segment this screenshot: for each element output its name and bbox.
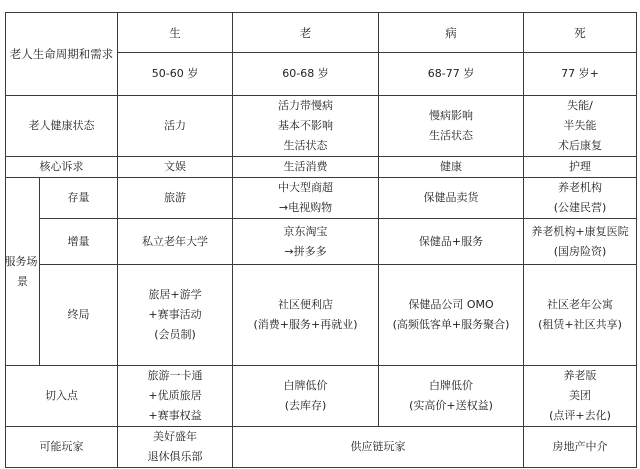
sub-label-stock: 存量 (40, 178, 118, 219)
cell-line: 白牌低价 (381, 376, 521, 396)
players-cell-merged: 供应链玩家 (233, 427, 524, 468)
stock-cell-3: 保健品卖货 (379, 178, 524, 219)
cell-line: 半失能 (526, 116, 634, 136)
core-demand-cell-2: 生活消费 (233, 157, 379, 178)
health-cell-2: 活力带慢病 基本不影响 生活状态 (233, 96, 379, 157)
row-label: 服务场 (6, 252, 40, 272)
endgame-cell-1: 旅居+游学 +赛事活动 (会员制) (118, 265, 233, 366)
stock-cell-1: 旅游 (118, 178, 233, 219)
players-cell-1: 美好盛年 退休俱乐部 (118, 427, 233, 468)
cell-line: 美好盛年 (120, 427, 230, 447)
cell-line: 保健品+服务 (381, 232, 521, 252)
cell-line: 房地产中介 (526, 437, 634, 457)
age-range-1: 50-60 岁 (118, 53, 233, 96)
cell-line: →电视购物 (235, 198, 376, 218)
entry-cell-3: 白牌低价 (实高价+送权益) (379, 366, 524, 427)
cell-line: 旅游一卡通 (120, 366, 230, 386)
health-cell-1: 活力 (118, 96, 233, 157)
age-range-4: 77 岁+ (524, 53, 637, 96)
cell-line: 基本不影响 (235, 116, 376, 136)
age-range: 77 岁+ (526, 64, 634, 84)
cell-line: 社区便利店 (235, 295, 376, 315)
age-range: 68-77 岁 (381, 64, 521, 84)
cell-line: 养老版 (526, 366, 634, 386)
row-label-service-scene: 服务场 景 (6, 178, 40, 366)
players-cell-4: 房地产中介 (524, 427, 637, 468)
cell-line: (去库存) (235, 396, 376, 416)
cell-line: 养老机构 (526, 178, 634, 198)
sub-label-endgame: 终局 (40, 265, 118, 366)
stage-header-1: 生 (118, 13, 233, 53)
age-range-2: 60-68 岁 (233, 53, 379, 96)
cell-line: 旅游 (120, 188, 230, 208)
cell-line: (实高价+送权益) (381, 396, 521, 416)
cell-line: 京东淘宝 (235, 222, 376, 242)
row-label-entry-point: 切入点 (6, 366, 118, 427)
corner-header-cell: 老人生命周期和需求 (6, 13, 118, 96)
core-demand-cell-4: 护理 (524, 157, 637, 178)
row-label: 老人健康状态 (8, 116, 115, 136)
row-label: 景 (6, 272, 39, 292)
cell-line: 术后康复 (526, 136, 634, 156)
row-label: 切入点 (8, 386, 115, 406)
cell-line: 养老机构+康复医院 (526, 222, 634, 242)
stage-header-3: 病 (379, 13, 524, 53)
cell-line: 退休俱乐部 (120, 447, 230, 467)
cell-line: (高频低客单+服务聚合) (381, 315, 521, 335)
entry-cell-4: 养老版 美团 (点评+去化) (524, 366, 637, 427)
corner-label: 老人生命周期和需求 (8, 44, 115, 64)
increment-cell-2: 京东淘宝 →拼多多 (233, 219, 379, 265)
core-demand-cell-3: 健康 (379, 157, 524, 178)
age-range-3: 68-77 岁 (379, 53, 524, 96)
cell-line: (国房险资) (526, 242, 634, 262)
cell-line: +赛事活动 (120, 305, 230, 325)
cell-line: 活力 (120, 116, 230, 136)
cell-line: +赛事权益 (120, 406, 230, 426)
cell-line: (消费+服务+再就业) (235, 315, 376, 335)
cell-line: +优质旅居 (120, 386, 230, 406)
cell-line: 护理 (526, 157, 634, 177)
cell-line: 旅居+游学 (120, 285, 230, 305)
sub-label-increment: 增量 (40, 219, 118, 265)
cell-line: 生活状态 (381, 126, 521, 146)
core-demand-cell-1: 文娱 (118, 157, 233, 178)
cell-line: 白牌低价 (235, 376, 376, 396)
cell-line: 生活状态 (235, 136, 376, 156)
row-label: 可能玩家 (8, 437, 115, 457)
row-label-health: 老人健康状态 (6, 96, 118, 157)
entry-cell-2: 白牌低价 (去库存) (233, 366, 379, 427)
row-label-players: 可能玩家 (6, 427, 118, 468)
increment-cell-4: 养老机构+康复医院 (国房险资) (524, 219, 637, 265)
sub-label: 增量 (42, 232, 115, 252)
cell-line: 生活消费 (235, 157, 376, 177)
stage-header-2: 老 (233, 13, 379, 53)
cell-line: (会员制) (120, 325, 230, 345)
cell-line: →拼多多 (235, 242, 376, 262)
stock-cell-4: 养老机构 (公建民营) (524, 178, 637, 219)
cell-line: 私立老年大学 (120, 232, 230, 252)
cell-line: 保健品公司 OMO (381, 295, 521, 315)
endgame-cell-2: 社区便利店 (消费+服务+再就业) (233, 265, 379, 366)
cell-line: 中大型商超 (235, 178, 376, 198)
cell-line: 健康 (381, 157, 521, 177)
cell-line: 供应链玩家 (235, 437, 521, 457)
cell-line: (点评+去化) (526, 406, 634, 426)
entry-cell-1: 旅游一卡通 +优质旅居 +赛事权益 (118, 366, 233, 427)
stage-header-4: 死 (524, 13, 637, 53)
sub-label: 终局 (42, 305, 115, 325)
row-label-core-demand: 核心诉求 (6, 157, 118, 178)
sub-label: 存量 (42, 188, 115, 208)
row-label: 核心诉求 (8, 157, 115, 177)
cell-line: 美团 (526, 386, 634, 406)
cell-line: (租赁+社区共享) (526, 315, 634, 335)
age-range: 50-60 岁 (120, 64, 230, 84)
health-cell-3: 慢病影响 生活状态 (379, 96, 524, 157)
stock-cell-2: 中大型商超 →电视购物 (233, 178, 379, 219)
cell-line: 文娱 (120, 157, 230, 177)
increment-cell-3: 保健品+服务 (379, 219, 524, 265)
health-cell-4: 失能/ 半失能 术后康复 (524, 96, 637, 157)
stage-name: 病 (381, 23, 521, 43)
elderly-lifecycle-table: 老人生命周期和需求 生 老 病 死 50-60 岁 60-68 岁 68-77 … (5, 12, 637, 468)
age-range: 60-68 岁 (235, 64, 376, 84)
stage-name: 死 (526, 23, 634, 43)
endgame-cell-4: 社区老年公寓 (租赁+社区共享) (524, 265, 637, 366)
cell-line: 慢病影响 (381, 106, 521, 126)
stage-name: 生 (120, 23, 230, 43)
cell-line: 保健品卖货 (381, 188, 521, 208)
endgame-cell-3: 保健品公司 OMO (高频低客单+服务聚合) (379, 265, 524, 366)
stage-name: 老 (235, 23, 376, 43)
cell-line: 活力带慢病 (235, 96, 376, 116)
cell-line: 失能/ (526, 96, 634, 116)
cell-line: (公建民营) (526, 198, 634, 218)
cell-line: 社区老年公寓 (526, 295, 634, 315)
increment-cell-1: 私立老年大学 (118, 219, 233, 265)
